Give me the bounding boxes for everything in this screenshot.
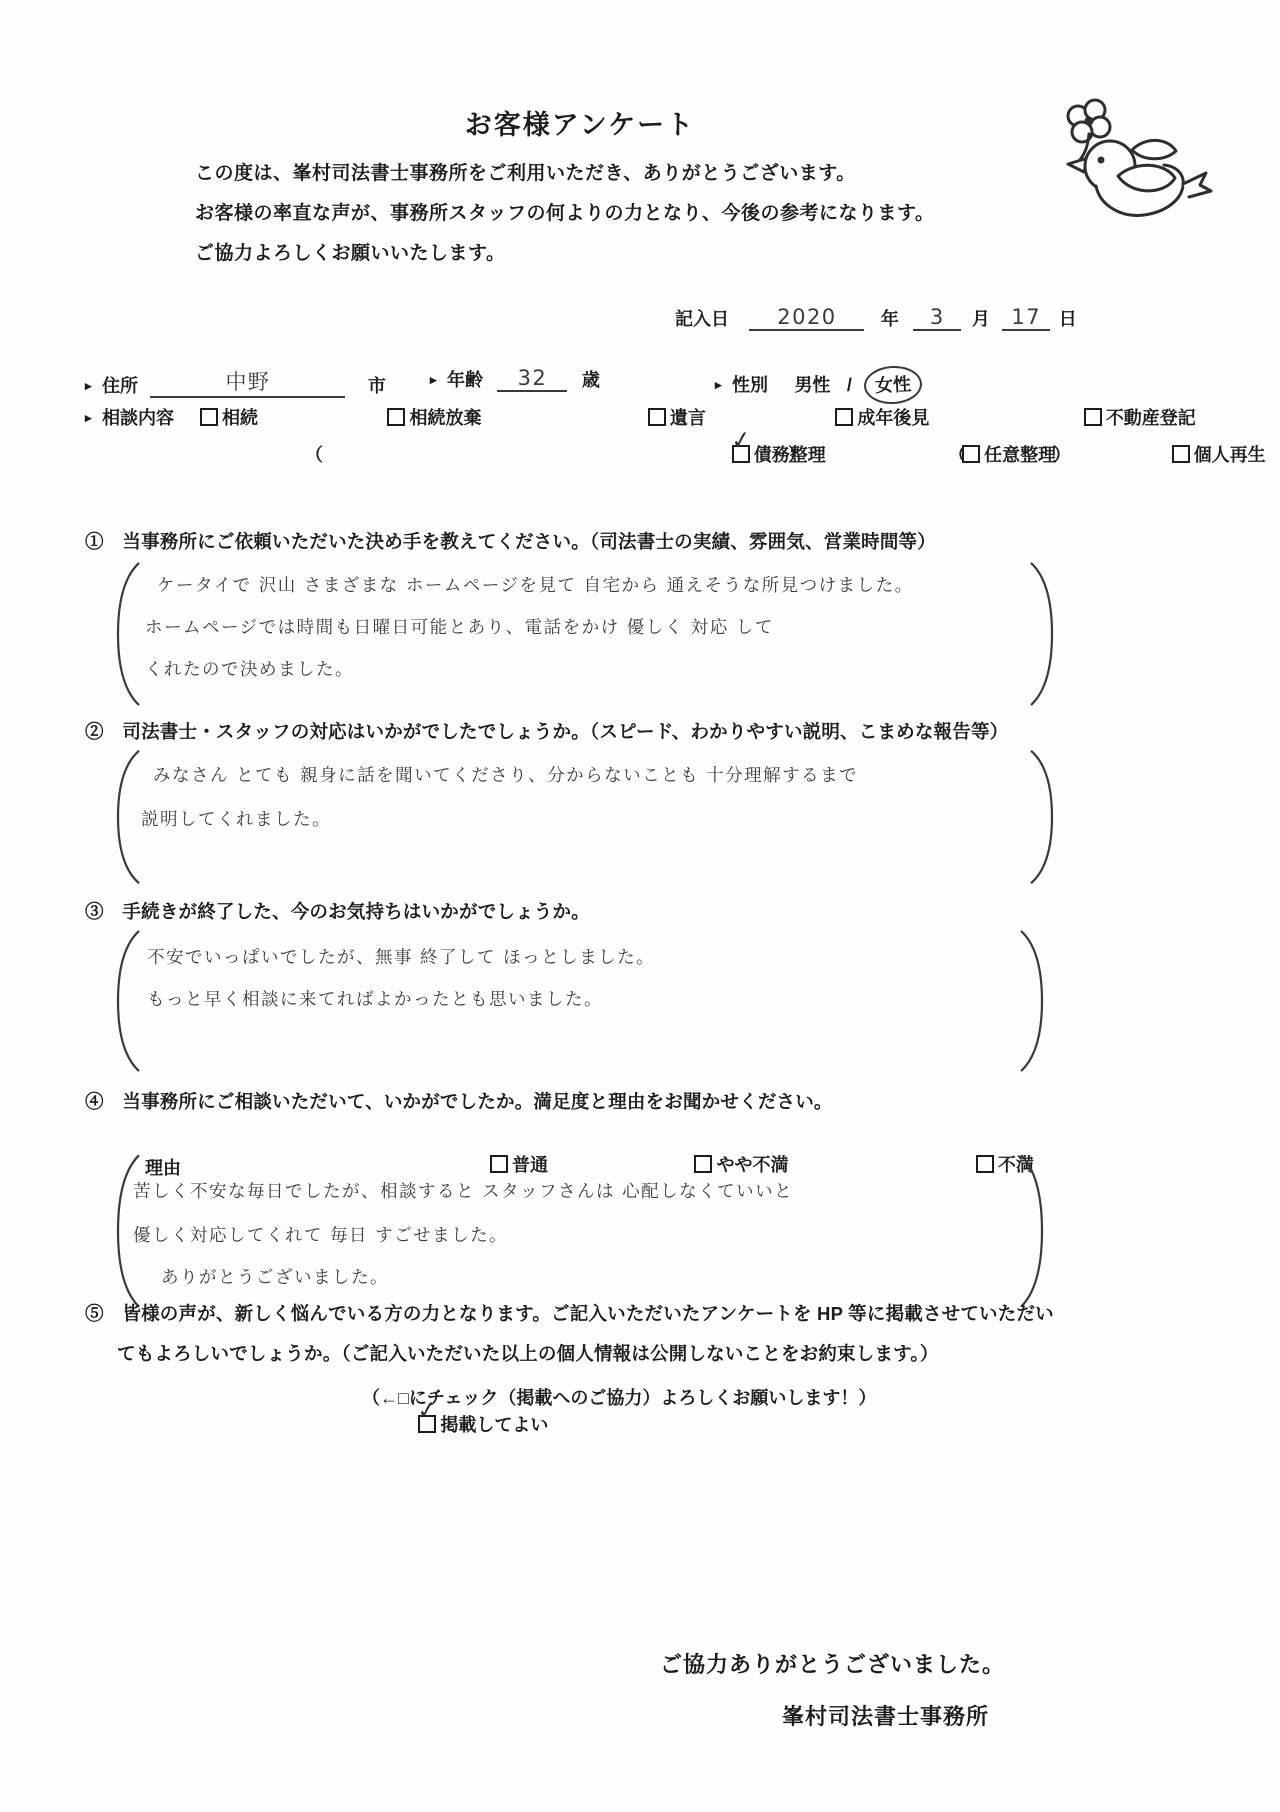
date-year-value: 2020 [777,305,836,329]
checkbox-label: 相続放棄 [409,404,481,430]
handwritten-answer-line: みなさん とても 親身に話を聞いてくださり、分からないことも 十分理解するまで [153,762,858,787]
handwritten-answer-line: 苦しく不安な毎日でしたが、相談すると スタッフさんは 心配しなくていいと [133,1178,793,1203]
question-3-text: ③ 手続きが終了した、今のお気持ちはいかがでしょうか。 [85,898,590,924]
paren-open-debt: （ [305,441,323,467]
q2-answer-area: みなさん とても 親身に話を聞いてくださり、分からないことも 十分理解するまで … [115,748,1055,886]
handwritten-answer-line: もっと早く相談に来てればよかったとも思いました。 [147,986,603,1011]
consultation-label-group: ▸ 相談内容 [85,404,174,430]
bullet-icon: ▸ [430,372,437,387]
reason-label: 理由 [145,1154,181,1180]
checkbox-label: 掲載してよい [440,1411,548,1437]
handwritten-answer-line: ありがとうございました。 [161,1264,389,1289]
answer-bracket-right [1019,928,1045,1074]
date-label: 記入日 [675,309,729,329]
answer-bracket-left [115,928,141,1074]
intro-line: お客様の率直な声が、事務所スタッフの何よりの力となり、今後の参考になります。 [195,198,934,225]
bullet-icon: ▸ [715,377,722,392]
q1-answer-area: ケータイで 沢山 さまざまな ホームページを見て 自宅から 通えそうな所見つけま… [115,560,1055,708]
checkbox-label: 個人再生 [1194,441,1266,467]
checkbox-souzoku: 相続 [200,404,258,430]
question-2-text: ② 司法書士・スタッフの対応はいかがでしたでしょうか。（スピード、わかりやすい説… [85,718,1008,744]
date-day-value: 17 [1011,305,1041,329]
checkbox-label: 成年後見 [857,404,929,430]
answer-bracket-left [115,748,141,886]
address-group: ▸ 住所 中野 市 [85,366,386,398]
date-day-unit: 日 [1059,309,1077,329]
fill-date-row: 記入日 2020 年 3 月 17 日 [675,305,1077,331]
q4-answer-area: 理由 苦しく不安な毎日でしたが、相談すると スタッフさんは 心配しなくていいと … [115,1152,1045,1310]
question-5-text-line1: ⑤ 皆様の声が、新しく悩んでいる方の力となります。ご記入いただいたアンケートを … [85,1300,1054,1326]
answer-bracket-left [115,560,141,708]
checkbox-icon [648,408,666,426]
scanned-survey-page: お客様アンケート この度は、峯村司法書士事務所をご利用いただき、ありがとうござい… [0,0,1280,1812]
address-value: 中野 [225,370,270,394]
date-month-value: 3 [930,305,945,329]
intro-line: この度は、峯村司法書士事務所をご利用いただき、ありがとうございます。 [195,158,856,185]
bullet-icon: ▸ [85,410,92,425]
bird-with-clover-icon [1048,96,1218,236]
checkbox-icon [1084,408,1102,426]
paren-close-debt: ） [788,441,806,467]
handwritten-answer-line: 不安でいっぱいでしたが、無事 終了して ほっとしました。 [147,944,655,969]
question-4-text: ④ 当事務所にご相談いただいて、いかがでしたか。満足度と理由をお聞かせください。 [85,1088,833,1114]
address-field: 中野 [150,366,345,398]
checkbox-nini-seiri: 任意整理 [962,441,1056,467]
gender-option-female: 女性 [875,374,912,396]
date-month-field: 3 [913,305,961,331]
age-group: ▸ 年齢 32 歳 [430,366,600,392]
gender-option-male: 男性 [794,375,830,395]
question-5-text-line2: てもよろしいでしょうか。（ご記入いただいた以上の個人情報は公開しないことをお約束… [117,1340,939,1366]
address-label: 住所 [102,376,138,396]
handwritten-answer-line: 優しく対応してくれて 毎日 すごせました。 [133,1222,508,1247]
checkbox-saimu-seiri: ✓ 債務整理 [732,441,826,467]
intro-line: ご協力よろしくお願いいたします。 [195,238,505,265]
question-1-text: ① 当事務所にご依頼いただいた決め手を教えてください。（司法書士の実績、雰囲気、… [85,528,936,554]
handwritten-answer-line: ホームページでは時間も日曜日可能とあり、電話をかけ 優しく 対応 して [145,614,774,639]
checkbox-yuigon: 遺言 [648,404,706,430]
handwritten-answer-line: 説明してくれました。 [141,806,331,831]
gender-selected-circle: 女性 [863,365,923,406]
address-unit: 市 [368,376,386,396]
date-day-field: 17 [1002,305,1050,331]
publish-note: （←□にチェック（掲載へのご協力）よろしくお願いします！） [362,1384,876,1410]
checkbox-label: 不動産登記 [1106,404,1196,430]
consultation-label: 相談内容 [102,408,174,428]
checkbox-icon [1172,445,1190,463]
checkbox-label: 相続 [222,404,258,430]
bullet-icon: ▸ [85,378,92,393]
date-year-field: 2020 [749,305,864,331]
gender-separator: / [847,375,852,395]
q3-answer-area: 不安でいっぱいでしたが、無事 終了して ほっとしました。 もっと早く相談に来てれ… [115,928,1045,1074]
age-unit: 歳 [582,370,600,390]
answer-bracket-right [1029,748,1055,886]
handwritten-answer-line: ケータイで 沢山 さまざまな ホームページを見て 自宅から 通えそうな所見つけま… [157,572,914,597]
checkbox-fudousan-touki: 不動産登記 [1084,404,1196,430]
page-title: お客様アンケート [0,103,1160,142]
checkbox-label: 任意整理 [984,441,1056,467]
checkbox-keisai-shiteyoi: ✓ 掲載してよい [418,1411,548,1437]
date-month-unit: 月 [972,309,990,329]
checkbox-icon [835,408,853,426]
age-label: 年齢 [447,370,483,390]
checkbox-label: 遺言 [670,404,706,430]
footer-office-name: 峯村司法書士事務所 [782,1700,989,1731]
footer-thanks: ご協力ありがとうございました。 [660,1648,1005,1679]
gender-group: ▸ 性別 男性 / 女性 [715,366,922,404]
answer-bracket-right [1019,1152,1045,1310]
checkbox-icon [200,408,218,426]
checkbox-seinen-kouken: 成年後見 [835,404,929,430]
answer-bracket-right [1029,560,1055,708]
age-value: 32 [518,366,548,390]
age-field: 32 [497,366,567,392]
checkbox-kojin-saisei: 個人再生 [1172,441,1266,467]
date-year-unit: 年 [881,309,899,329]
checkmark-icon: ✓ [729,427,752,454]
gender-label: 性別 [732,375,768,395]
checkbox-icon [387,408,405,426]
paren-close-other: ） [1053,441,1071,467]
paren-open-other: （ [948,441,966,467]
handwritten-answer-line: くれたので決めました。 [145,656,354,681]
checkbox-souzoku-houki: 相続放棄 [387,404,481,430]
